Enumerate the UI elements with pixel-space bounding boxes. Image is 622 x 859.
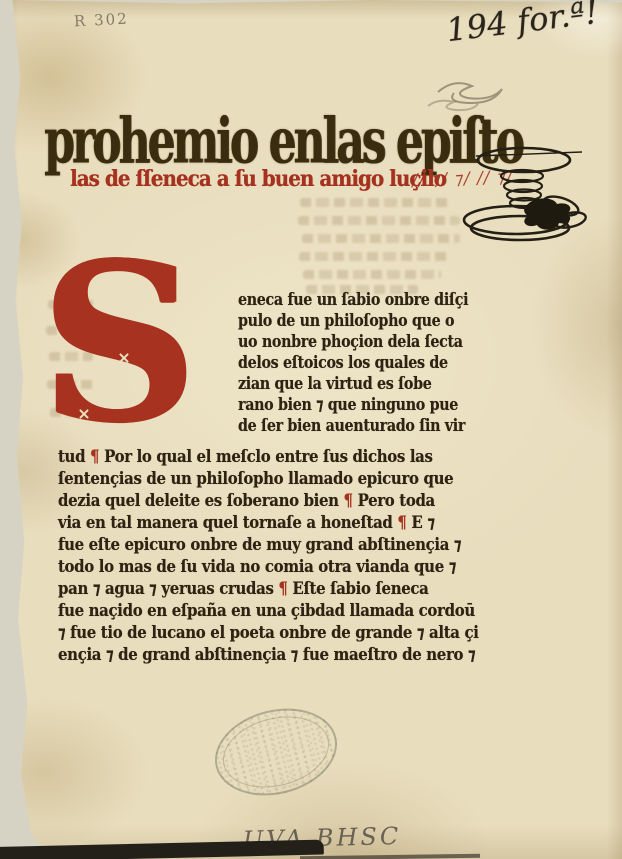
scanned-manuscript-page: { "page": { "shelfmark": "R 302", "folia…: [0, 0, 622, 859]
initial-ornament: [118, 352, 130, 364]
text-line: tud ¶ Por lo qual el meſclo entre ſus di…: [58, 447, 433, 467]
text-line: de ſer bien auenturado ſin vir: [238, 416, 465, 436]
initial-ornament: [78, 408, 90, 420]
text-line: uo nonbre phoçion dela ſecta: [238, 332, 463, 352]
text-line: dezia quel deleite es ſoberano bien ¶ Pe…: [58, 491, 435, 511]
text-line: ençia ⁊ de grand abſtinençia ⁊ fue maeſt…: [58, 645, 475, 665]
text-line: rano bien ⁊ que ninguno pue: [238, 395, 458, 415]
title-line-2-rubric: las de ſſeneca a ſu buen amigo luçilo: [70, 166, 446, 192]
text-line: fue naçido en eſpaña en una çibdad llama…: [58, 601, 475, 621]
text-line: delos eſtoicos los quales de: [238, 353, 448, 373]
text-line: todo lo mas de ſu vida no comia otra via…: [58, 557, 456, 577]
pencil-shelfmark: R 302: [74, 10, 130, 31]
text-line: ⁊ fue tio de lucano el poeta onbre de gr…: [58, 623, 479, 643]
text-line: fue eſte epicuro onbre de muy grand abſt…: [58, 535, 461, 555]
text-line: zian que la virtud es ſobe: [238, 374, 432, 394]
text-line: eneca fue un ſabio onbre diſçi: [238, 290, 468, 310]
text-line: ſentençias de un philoſopho llamado epic…: [58, 469, 453, 489]
lombard-initial-letter: S: [40, 250, 240, 450]
red-pen-flourish-marks: // ⁊/ ⁊/ // ⁊/: [412, 167, 514, 191]
initial-ornament: [146, 296, 158, 308]
text-line: via en tal manera quel tornaſe a honeſta…: [58, 513, 435, 533]
text-line: pulo de un philoſopho que o: [238, 311, 454, 331]
text-line: pan ⁊ agua ⁊ yeruas crudas ¶ Eſte ſabio …: [58, 579, 429, 599]
